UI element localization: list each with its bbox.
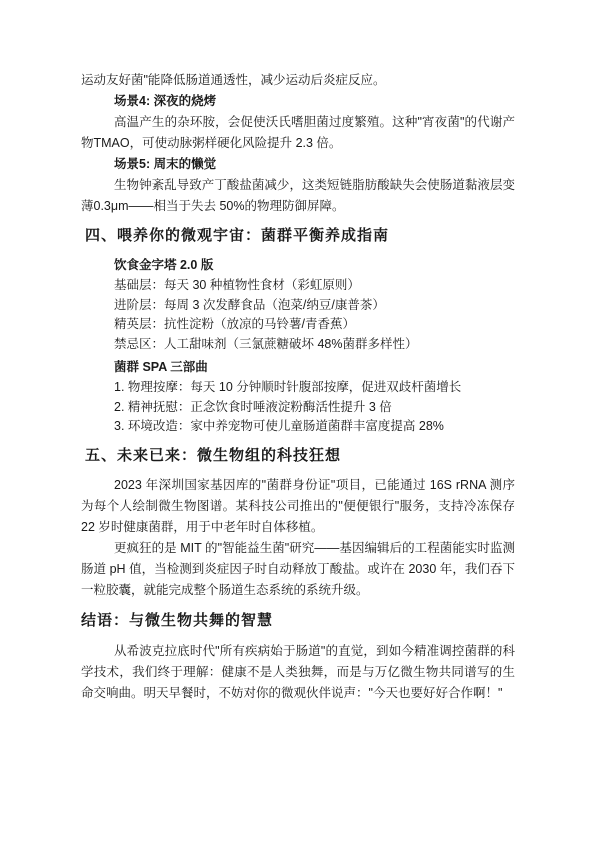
section-4-heading: 四、喂养你的微观宇宙：菌群平衡养成指南: [85, 224, 515, 247]
diet-base-line: 基础层：每天 30 种植物性食材（彩虹原则）: [81, 276, 515, 296]
diet-elite-line: 精英层：抗性淀粉（放凉的马铃薯/青香蕉）: [81, 315, 515, 335]
spa-item-2: 2. 精神抚慰：正念饮食时唾液淀粉酶活性提升 3 倍: [81, 398, 515, 418]
paragraph-exercise-tail: 运动友好菌"能降低肠道通透性，减少运动后炎症反应。: [81, 70, 515, 91]
scene-5-heading: 场景5: 周末的懒觉: [81, 154, 515, 175]
diet-forbidden-line: 禁忌区：人工甜味剂（三氯蔗糖破坏 48%菌群多样性）: [81, 335, 515, 355]
spa-trilogy-heading: 菌群 SPA 三部曲: [81, 357, 515, 378]
spa-item-1: 1. 物理按摩：每天 10 分钟顺时针腹部按摩，促进双歧杆菌增长: [81, 378, 515, 398]
document-page: 运动友好菌"能降低肠道通透性，减少运动后炎症反应。 场景4: 深夜的烧烤 高温产…: [0, 0, 595, 841]
scene-4-heading: 场景4: 深夜的烧烤: [81, 91, 515, 112]
paragraph-conclusion: 从希波克拉底时代"所有疾病始于肠道"的直觉，到如今精准调控菌群的科学技术，我们终…: [81, 641, 515, 704]
paragraph-scene-4: 高温产生的杂环胺，会促使沃氏嗜胆菌过度繁殖。这种"宵夜菌"的代谢产物TMAO，可…: [81, 112, 515, 154]
paragraph-mit-research: 更疯狂的是 MIT 的"智能益生菌"研究——基因编辑后的工程菌能实时监测肠道 p…: [81, 538, 515, 601]
conclusion-heading: 结语：与微生物共舞的智慧: [81, 609, 515, 632]
paragraph-gene-bank: 2023 年深圳国家基因库的"菌群身份证"项目，已能通过 16S rRNA 测序…: [81, 475, 515, 538]
paragraph-scene-5: 生物钟紊乱导致产丁酸盐菌减少，这类短链脂肪酸缺失会使肠道黏液层变薄0.3μm——…: [81, 175, 515, 217]
section-5-heading: 五、未来已来：微生物组的科技狂想: [85, 444, 515, 467]
diet-advanced-line: 进阶层：每周 3 次发酵食品（泡菜/纳豆/康普茶）: [81, 296, 515, 316]
spa-item-3: 3. 环境改造：家中养宠物可使儿童肠道菌群丰富度提高 28%: [81, 417, 515, 437]
diet-pyramid-heading: 饮食金字塔 2.0 版: [81, 255, 515, 276]
